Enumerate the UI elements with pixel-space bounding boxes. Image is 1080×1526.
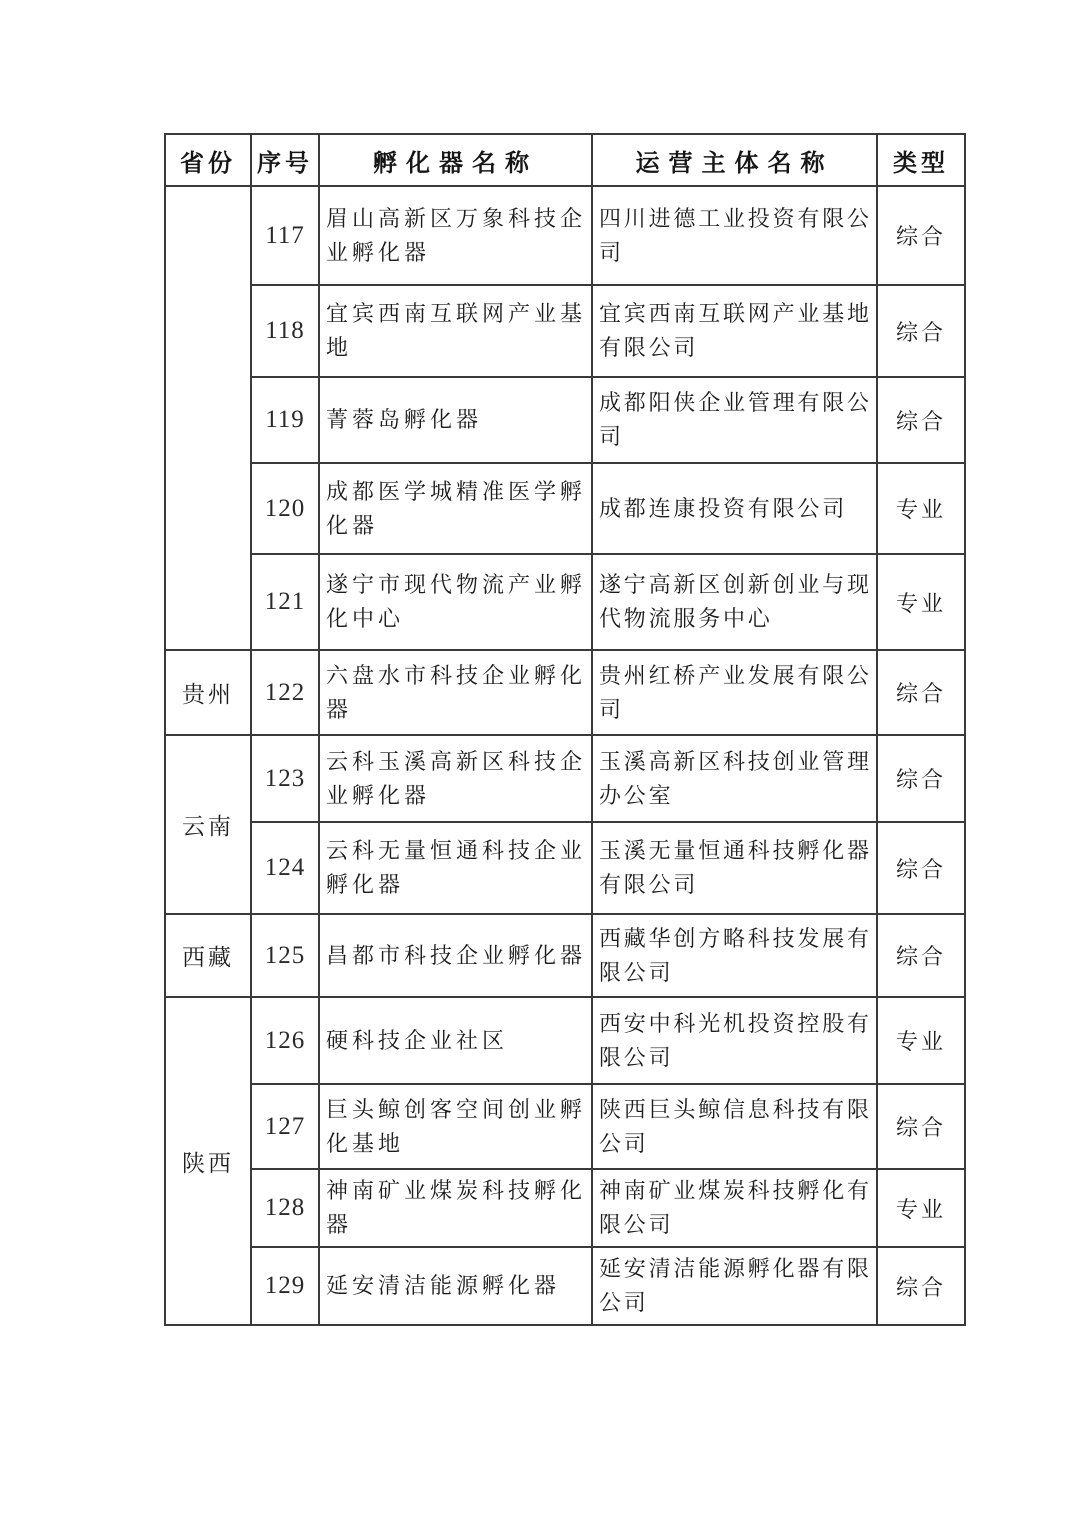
type-cell: 综合 <box>877 186 965 285</box>
table-row: 124云科无量恒通科技企业孵化器玉溪无量恒通科技孵化器有限公司综合 <box>165 822 965 914</box>
operator-name-cell: 成都连康投资有限公司 <box>592 463 877 554</box>
operator-name-cell: 玉溪高新区科技创业管理办公室 <box>592 735 877 822</box>
type-cell: 综合 <box>877 822 965 914</box>
table-row: 129延安清洁能源孵化器延安清洁能源孵化器有限公司综合 <box>165 1247 965 1325</box>
incubator-name-cell: 宜宾西南互联网产业基地 <box>319 285 592 377</box>
incubator-name-cell: 硬科技企业社区 <box>319 997 592 1084</box>
table-row: 121遂宁市现代物流产业孵化中心遂宁高新区创新创业与现代物流服务中心专业 <box>165 554 965 650</box>
header-row: 省份 序号 孵化器名称 运营主体名称 类型 <box>165 134 965 186</box>
type-cell: 综合 <box>877 914 965 997</box>
table-row: 西藏125昌都市科技企业孵化器西藏华创方略科技发展有限公司综合 <box>165 914 965 997</box>
type-cell: 综合 <box>877 650 965 735</box>
header-incubator-name: 孵化器名称 <box>319 134 592 186</box>
incubator-name-cell: 云科玉溪高新区科技企业孵化器 <box>319 735 592 822</box>
header-province: 省份 <box>165 134 251 186</box>
operator-name-cell: 成都阳侠企业管理有限公司 <box>592 377 877 463</box>
incubator-name-cell: 云科无量恒通科技企业孵化器 <box>319 822 592 914</box>
province-cell: 云南 <box>165 735 251 914</box>
province-cell: 西藏 <box>165 914 251 997</box>
table-row: 120成都医学城精准医学孵化器成都连康投资有限公司专业 <box>165 463 965 554</box>
operator-name-cell: 遂宁高新区创新创业与现代物流服务中心 <box>592 554 877 650</box>
row-number-cell: 118 <box>251 285 319 377</box>
row-number-cell: 121 <box>251 554 319 650</box>
table-row: 128神南矿业煤炭科技孵化器神南矿业煤炭科技孵化有限公司专业 <box>165 1169 965 1247</box>
incubator-name-cell: 成都医学城精准医学孵化器 <box>319 463 592 554</box>
row-number-cell: 126 <box>251 997 319 1084</box>
incubator-name-cell: 延安清洁能源孵化器 <box>319 1247 592 1325</box>
type-cell: 综合 <box>877 1084 965 1169</box>
table-row: 贵州122六盘水市科技企业孵化器贵州红桥产业发展有限公司综合 <box>165 650 965 735</box>
table-header: 省份 序号 孵化器名称 运营主体名称 类型 <box>165 134 965 186</box>
row-number-cell: 120 <box>251 463 319 554</box>
incubator-name-cell: 菁蓉岛孵化器 <box>319 377 592 463</box>
operator-name-cell: 神南矿业煤炭科技孵化有限公司 <box>592 1169 877 1247</box>
type-cell: 综合 <box>877 1247 965 1325</box>
row-number-cell: 125 <box>251 914 319 997</box>
operator-name-cell: 延安清洁能源孵化器有限公司 <box>592 1247 877 1325</box>
type-cell: 综合 <box>877 285 965 377</box>
header-operator-name: 运营主体名称 <box>592 134 877 186</box>
table-row: 陕西126硬科技企业社区西安中科光机投资控股有限公司专业 <box>165 997 965 1084</box>
operator-name-cell: 陕西巨头鲸信息科技有限公司 <box>592 1084 877 1169</box>
table-row: 118宜宾西南互联网产业基地宜宾西南互联网产业基地有限公司综合 <box>165 285 965 377</box>
row-number-cell: 124 <box>251 822 319 914</box>
header-no: 序号 <box>251 134 319 186</box>
operator-name-cell: 贵州红桥产业发展有限公司 <box>592 650 877 735</box>
row-number-cell: 117 <box>251 186 319 285</box>
row-number-cell: 119 <box>251 377 319 463</box>
row-number-cell: 122 <box>251 650 319 735</box>
incubator-name-cell: 六盘水市科技企业孵化器 <box>319 650 592 735</box>
row-number-cell: 128 <box>251 1169 319 1247</box>
province-cell: 陕西 <box>165 997 251 1325</box>
table-row: 127巨头鲸创客空间创业孵化基地陕西巨头鲸信息科技有限公司综合 <box>165 1084 965 1169</box>
document-page: 省份 序号 孵化器名称 运营主体名称 类型 117眉山高新区万象科技企业孵化器四… <box>0 0 1080 1526</box>
operator-name-cell: 西安中科光机投资控股有限公司 <box>592 997 877 1084</box>
type-cell: 专业 <box>877 1169 965 1247</box>
table-row: 117眉山高新区万象科技企业孵化器四川进德工业投资有限公司综合 <box>165 186 965 285</box>
table-body: 117眉山高新区万象科技企业孵化器四川进德工业投资有限公司综合118宜宾西南互联… <box>165 186 965 1325</box>
incubator-name-cell: 神南矿业煤炭科技孵化器 <box>319 1169 592 1247</box>
operator-name-cell: 西藏华创方略科技发展有限公司 <box>592 914 877 997</box>
header-type: 类型 <box>877 134 965 186</box>
operator-name-cell: 四川进德工业投资有限公司 <box>592 186 877 285</box>
incubator-table: 省份 序号 孵化器名称 运营主体名称 类型 117眉山高新区万象科技企业孵化器四… <box>164 133 966 1326</box>
row-number-cell: 123 <box>251 735 319 822</box>
incubator-name-cell: 巨头鲸创客空间创业孵化基地 <box>319 1084 592 1169</box>
type-cell: 综合 <box>877 735 965 822</box>
incubator-name-cell: 遂宁市现代物流产业孵化中心 <box>319 554 592 650</box>
type-cell: 综合 <box>877 377 965 463</box>
incubator-name-cell: 眉山高新区万象科技企业孵化器 <box>319 186 592 285</box>
row-number-cell: 129 <box>251 1247 319 1325</box>
operator-name-cell: 宜宾西南互联网产业基地有限公司 <box>592 285 877 377</box>
type-cell: 专业 <box>877 554 965 650</box>
province-cell: 贵州 <box>165 650 251 735</box>
row-number-cell: 127 <box>251 1084 319 1169</box>
incubator-name-cell: 昌都市科技企业孵化器 <box>319 914 592 997</box>
table-row: 119菁蓉岛孵化器成都阳侠企业管理有限公司综合 <box>165 377 965 463</box>
table-row: 云南123云科玉溪高新区科技企业孵化器玉溪高新区科技创业管理办公室综合 <box>165 735 965 822</box>
type-cell: 专业 <box>877 463 965 554</box>
type-cell: 专业 <box>877 997 965 1084</box>
operator-name-cell: 玉溪无量恒通科技孵化器有限公司 <box>592 822 877 914</box>
province-cell <box>165 186 251 650</box>
